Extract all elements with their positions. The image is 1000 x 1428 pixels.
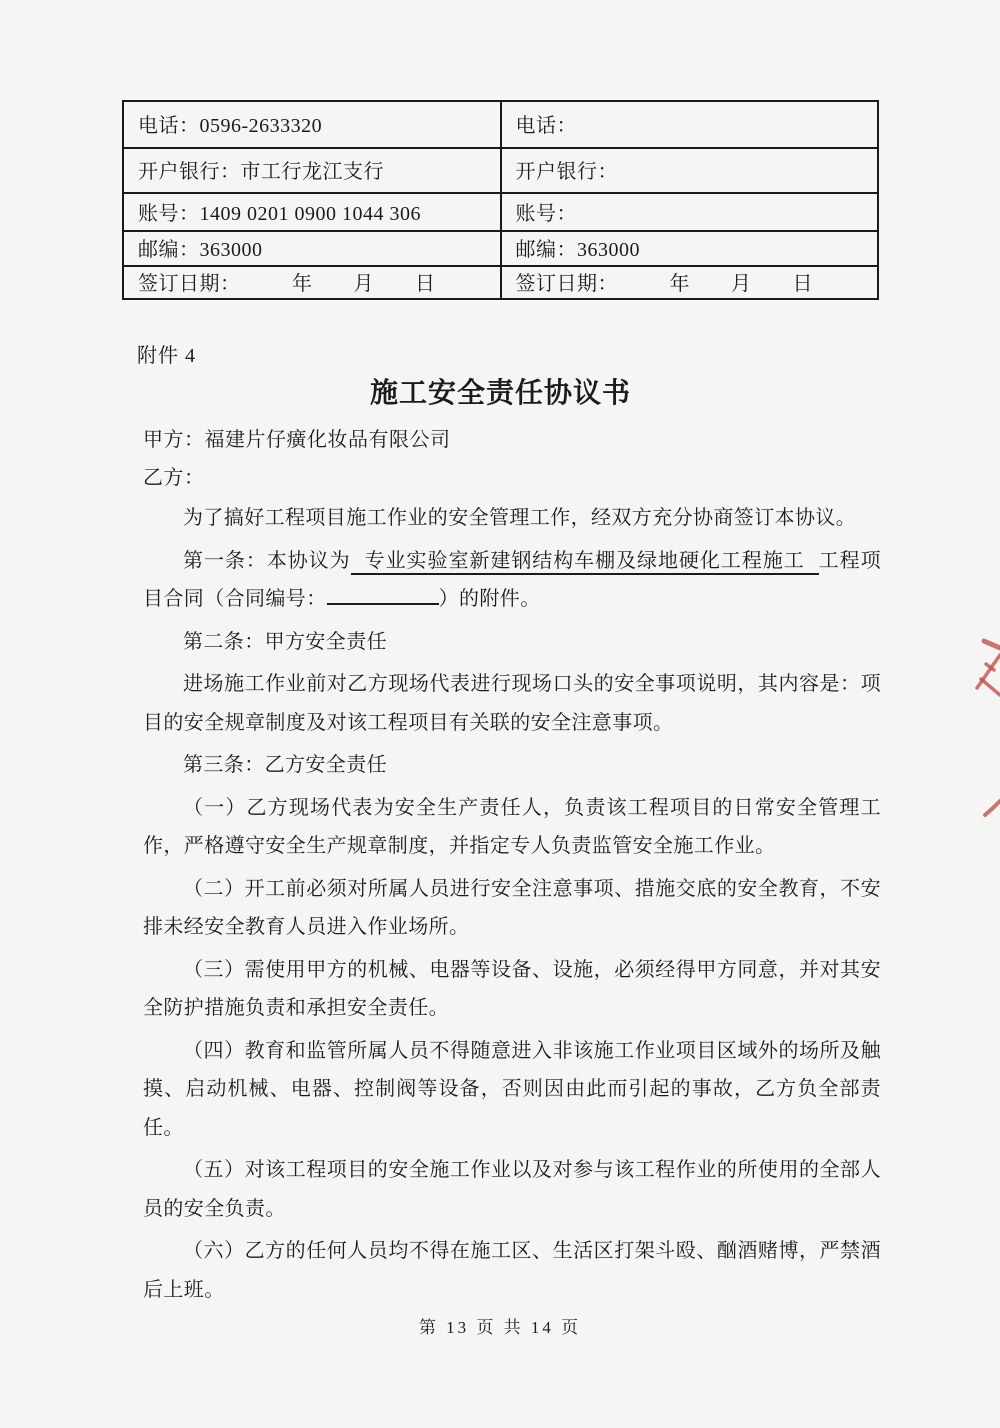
- party-b-line: 乙方：: [143, 461, 205, 490]
- bank-info-table: 电话：0596-2633320 电话： 开户银行：市工行龙江支行 开户银行： 账…: [122, 100, 879, 300]
- attachment-label: 附件 4: [137, 339, 196, 368]
- table-row: 开户银行：市工行龙江支行 开户银行：: [123, 148, 878, 193]
- agreement-body: 为了搞好工程项目施工作业的安全管理工作，经双方充分协商签订本协议。 第一条：本协…: [143, 499, 881, 1313]
- clause-3-item-6: （六）乙方的任何人员均不得在施工区、生活区打架斗殴、酗酒赌博，严禁酒后上班。: [143, 1232, 881, 1309]
- cell-sign-date-party-b: 签订日期： 年 月 日: [501, 266, 879, 299]
- cell-phone-party-a: 电话：0596-2633320: [123, 101, 501, 148]
- intro-paragraph: 为了搞好工程项目施工作业的安全管理工作，经双方充分协商签订本协议。: [143, 499, 881, 538]
- clause-1-paragraph: 第一条：本协议为专业实验室新建钢结构车棚及绿地硬化工程施工工程项目合同（合同编号…: [143, 542, 881, 619]
- project-name-underlined: 专业实验室新建钢结构车棚及绿地硬化工程施工: [351, 550, 819, 575]
- table-row: 电话：0596-2633320 电话：: [123, 101, 878, 148]
- cell-account-party-a: 账号：1409 0201 0900 1044 306: [123, 193, 501, 231]
- cell-postcode-party-b: 邮编：363000: [501, 231, 879, 266]
- table-row: 签订日期： 年 月 日 签订日期： 年 月 日: [123, 266, 878, 299]
- clause-2-heading: 第二条：甲方安全责任: [143, 623, 881, 662]
- clause-2-text: 进场施工作业前对乙方现场代表进行现场口头的安全事项说明，其内容是：项目的安全规章…: [143, 665, 881, 742]
- clause-3-item-5: （五）对该工程项目的安全施工作业以及对参与该工程作业的所使用的全部人员的安全负责…: [143, 1151, 881, 1228]
- cell-postcode-party-a: 邮编：363000: [123, 231, 501, 266]
- clause-3-item-1: （一）乙方现场代表为安全生产责任人，负责该工程项目的日常安全管理工作，严格遵守安…: [143, 789, 881, 866]
- clause-3-heading: 第三条：乙方安全责任: [143, 746, 881, 785]
- clause-3-item-2: （二）开工前必须对所属人员进行安全注意事项、措施交底的安全教育，不安排未经安全教…: [143, 870, 881, 947]
- clause-1-prefix: 第一条：本协议为: [183, 550, 351, 572]
- table-row: 账号：1409 0201 0900 1044 306 账号：: [123, 193, 878, 231]
- cell-account-party-b: 账号：: [501, 193, 879, 231]
- clause-1-suffix: ）的附件。: [439, 588, 541, 610]
- page-number: 第 13 页 共 14 页: [0, 1313, 1000, 1338]
- document-page: 电话：0596-2633320 电话： 开户银行：市工行龙江支行 开户银行： 账…: [0, 0, 1000, 1428]
- red-stamp-marks-icon: [970, 625, 1000, 825]
- document-title: 施工安全责任协议书: [122, 371, 879, 411]
- clause-3-item-4: （四）教育和监管所属人员不得随意进入非该施工作业项目区域外的场所及触摸、启动机械…: [143, 1032, 881, 1148]
- cell-bank-party-b: 开户银行：: [501, 148, 879, 193]
- cell-bank-party-a: 开户银行：市工行龙江支行: [123, 148, 501, 193]
- cell-phone-party-b: 电话：: [501, 101, 879, 148]
- table-row: 邮编：363000 邮编：363000: [123, 231, 878, 266]
- contract-number-blank: [327, 585, 439, 605]
- party-a-line: 甲方：福建片仔癀化妆品有限公司: [143, 423, 451, 452]
- cell-sign-date-party-a: 签订日期： 年 月 日: [123, 266, 501, 299]
- clause-3-item-3: （三）需使用甲方的机械、电器等设备、设施，必须经得甲方同意，并对其安全防护措施负…: [143, 951, 881, 1028]
